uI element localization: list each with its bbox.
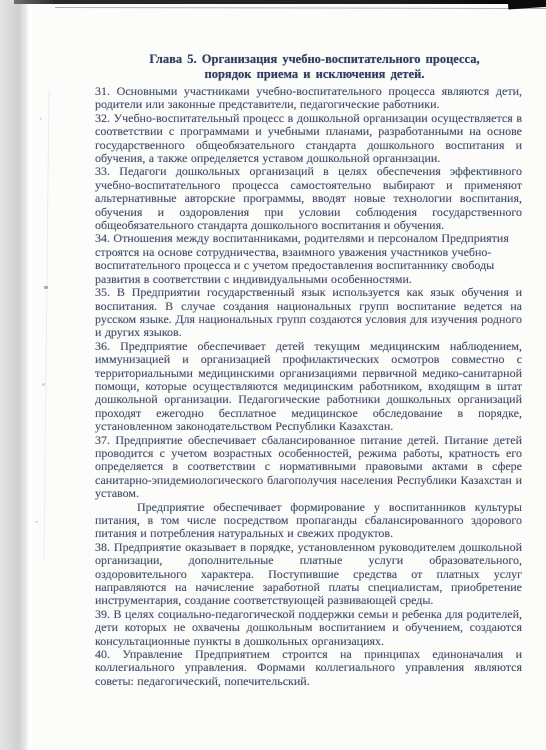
- paragraph-39: 39. В целях социально-педагогической под…: [95, 608, 522, 648]
- chapter-heading: Глава 5. Организация учебно-воспитательн…: [107, 52, 522, 82]
- scan-speck: [42, 383, 45, 386]
- chapter-heading-line2: порядок приема и исключения детей.: [107, 67, 522, 82]
- paragraph-31: 31. Основными участниками учебно-воспита…: [95, 85, 522, 112]
- paragraph-32: 32. Учебно-воспитательный процесс в дошк…: [95, 112, 522, 166]
- chapter-heading-line1: Глава 5. Организация учебно-воспитательн…: [107, 52, 522, 67]
- scan-speck: [35, 521, 38, 523]
- scanned-document-page: Глава 5. Организация учебно-воспитательн…: [0, 0, 546, 750]
- paper-top-edge-line: [55, 7, 546, 9]
- scan-speck: [44, 286, 48, 289]
- paragraph-40: 40. Управление Предприятием строится на …: [95, 648, 522, 688]
- paragraph-33: 33. Педагоги дошкольных организаций в це…: [95, 165, 522, 232]
- paper-crease: [44, 90, 50, 560]
- document-body: Глава 5. Организация учебно-воспитательн…: [95, 52, 522, 688]
- paragraph-37-continuation: Предприятие обеспечивает формирование у …: [95, 501, 522, 541]
- paragraph-37: 37. Предприятие обеспечивает сбалансиров…: [95, 434, 522, 501]
- scan-speck: [40, 117, 42, 120]
- paragraph-36: 36. Предприятие обеспечивает детей текущ…: [95, 340, 522, 434]
- paragraph-38: 38. Предприятие оказывает в порядке, уст…: [95, 541, 522, 608]
- paragraph-35: 35. В Предприятии государственный язык и…: [95, 286, 522, 340]
- scan-top-edge: [14, 0, 546, 4]
- paragraph-34: 34. Отношения между воспитанниками, роди…: [95, 232, 522, 286]
- scanner-shadow-strip: [0, 0, 32, 750]
